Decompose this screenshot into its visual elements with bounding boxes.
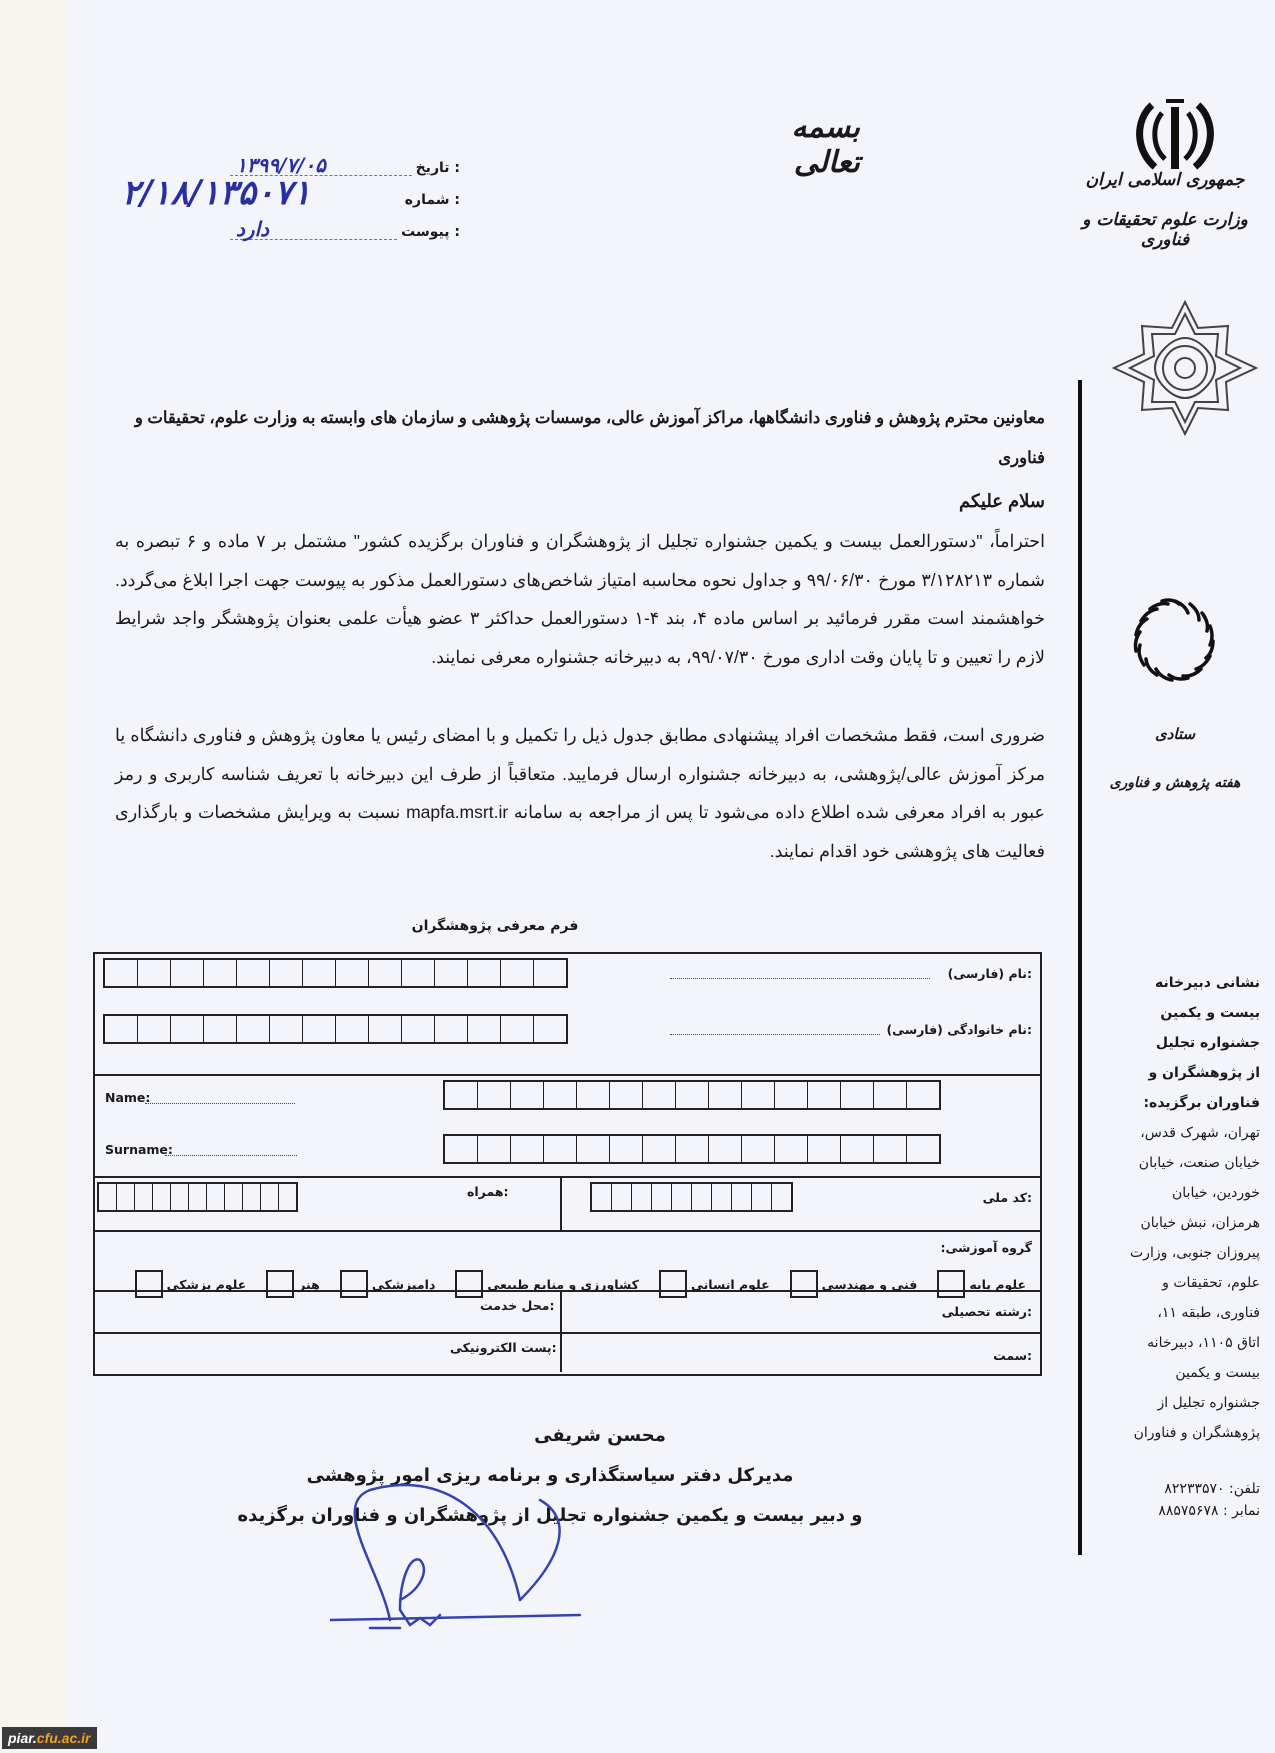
attachment-value: دارد [230, 219, 397, 240]
fax-number: نمابر : ۸۸۵۷۵۶۷۸ [1100, 1500, 1260, 1522]
mobile-cells[interactable] [97, 1182, 298, 1212]
group-option-label: فنی و مهندسی [822, 1277, 918, 1292]
address-line: فناوری، طبقه ۱۱، [1100, 1298, 1260, 1328]
address-line: بیست و یکمین [1100, 1358, 1260, 1388]
addressee: معاونین محترم پژوهش و فناوری دانشگاهها، … [115, 398, 1045, 478]
group-label: گروه آموزشی: [940, 1240, 1032, 1255]
group-option-label: علوم انسانی [691, 1277, 770, 1292]
secretariat-address: نشانی دبیرخانه بیست و یکمین جشنواره تجلی… [1100, 968, 1260, 1448]
ids-divider [560, 1178, 562, 1230]
address-line: علوم، تحقیقات و [1100, 1268, 1260, 1298]
form-section-groups: گروه آموزشی: علوم پایه فنی و مهندسی علوم… [95, 1232, 1040, 1292]
paragraph-2: ضروری است، فقط مشخصات افراد پیشنهادی مطا… [115, 716, 1045, 870]
position-label[interactable]: سمت: [993, 1348, 1032, 1363]
group-option-label: علوم پزشکی [167, 1277, 247, 1292]
iran-emblem-icon [1130, 95, 1220, 175]
address-line: جشنواره تجلیل از [1100, 1388, 1260, 1418]
first-name-fa-dots [670, 978, 930, 979]
org-line-2: وزارت علوم تحقیقات و فناوری [1060, 210, 1270, 250]
form-section-contact: پست الکترونیکی: سمت: [95, 1334, 1040, 1372]
surname-en-cells[interactable] [443, 1134, 941, 1164]
address-line: پیروزان جنوبی، وزارت [1100, 1238, 1260, 1268]
logo-title: ستادی [1100, 725, 1250, 743]
date-label: تاریخ : [416, 160, 460, 176]
watermark-prefix: piar. [8, 1730, 37, 1746]
letter-meta: تاریخ : ۱۳۹۹/۷/۰۵ شماره : ۲/۱۸/۱۳۵۰۷۱ پی… [230, 150, 460, 246]
form-section-ids: همراه: کد ملی: [95, 1178, 1040, 1232]
workplace-label[interactable]: محل خدمت: [480, 1298, 554, 1313]
system-url-link[interactable]: mapfa.msrt.ir [406, 802, 508, 822]
group-option-label: کشاورزی و منابع طبیعی [487, 1277, 639, 1292]
logo-subtitle: هفته پژوهش و فناوری [1100, 775, 1250, 791]
last-name-fa-cells[interactable] [103, 1014, 568, 1044]
address-line: از پژوهشگران و [1100, 1058, 1260, 1088]
attachment-row: پیوست : دارد [230, 214, 460, 240]
last-name-fa-dots [670, 1034, 880, 1035]
name-en-dots [145, 1103, 295, 1104]
number-value: ۲/۱۸/۱۳۵۰۷۱ [116, 178, 311, 208]
scan-left-edge [0, 0, 68, 1753]
address-line: اتاق ۱۱۰۵، دبیرخانه [1100, 1328, 1260, 1358]
address-line: هرمزان، نبش خیابان [1100, 1208, 1260, 1238]
number-row: شماره : ۲/۱۸/۱۳۵۰۷۱ [230, 182, 460, 208]
org-line-1: جمهوری اسلامی ایران [1060, 170, 1270, 190]
group-option-label: دامپزشکی [372, 1277, 436, 1292]
number-label: شماره : [405, 192, 460, 208]
form-title: فرم معرفی پژوهشگران [115, 918, 875, 934]
name-en-label: Name: [105, 1090, 150, 1105]
last-name-fa-label: نام خانوادگی (فارسی): [886, 1022, 1032, 1037]
first-name-fa-cells[interactable] [103, 958, 568, 988]
invocation-heading: بسمه تعالی [740, 110, 860, 180]
phone-number: تلفن: ۸۲۲۳۳۵۷۰ [1100, 1478, 1260, 1500]
greeting: سلام علیکم [115, 482, 1045, 521]
mobile-label: همراه: [467, 1184, 509, 1199]
group-option-label: علوم پایه [969, 1277, 1026, 1292]
national-id-cells[interactable] [590, 1182, 793, 1212]
paragraph-1: احتراماً، "دستورالعمل بیست و یکمین جشنوا… [115, 522, 1045, 676]
form-section-field: محل خدمت: رشته تحصیلی: [95, 1292, 1040, 1334]
address-line: تهران، شهرک قدس، [1100, 1118, 1260, 1148]
spiral-logo-icon [1130, 595, 1220, 685]
name-en-cells[interactable] [443, 1080, 941, 1110]
address-line: نشانی دبیرخانه [1100, 968, 1260, 998]
address-line: خوردین، خیابان [1100, 1178, 1260, 1208]
contact-numbers: تلفن: ۸۲۲۳۳۵۷۰ نمابر : ۸۸۵۷۵۶۷۸ [1100, 1478, 1260, 1522]
surname-en-label: Surname: [105, 1142, 173, 1157]
form-section-en-names: Name: Surname: [95, 1076, 1040, 1178]
signatory-name: محسن شریفی [300, 1425, 900, 1446]
contact-divider [560, 1334, 562, 1372]
researcher-intro-form: نام (فارسی): نام خانوادگی (فارسی): Name:… [93, 952, 1042, 1376]
persian-ornament-icon [1110, 298, 1260, 438]
address-line: جشنواره تجلیل [1100, 1028, 1260, 1058]
source-watermark: piar.cfu.ac.ir [2, 1727, 97, 1749]
field-divider [560, 1292, 562, 1332]
surname-en-dots [165, 1155, 297, 1156]
handwritten-signature-icon [330, 1450, 650, 1640]
national-id-label: کد ملی: [983, 1190, 1032, 1205]
address-line: خیابان صنعت، خیابان [1100, 1148, 1260, 1178]
form-section-fa-names: نام (فارسی): نام خانوادگی (فارسی): [95, 954, 1040, 1076]
vertical-divider [1078, 380, 1082, 1555]
address-line: بیست و یکمین [1100, 998, 1260, 1028]
group-option-label: هنر [298, 1277, 320, 1292]
watermark-domain: cfu.ac.ir [37, 1730, 91, 1746]
email-label[interactable]: پست الکترونیکی: [450, 1340, 557, 1355]
attachment-label: پیوست : [401, 224, 460, 240]
address-line: فناوران برگزیده: [1100, 1088, 1260, 1118]
first-name-fa-label: نام (فارسی): [948, 966, 1032, 981]
address-line: پژوهشگران و فناوران [1100, 1418, 1260, 1448]
field-of-study-label[interactable]: رشته تحصیلی: [942, 1304, 1032, 1319]
